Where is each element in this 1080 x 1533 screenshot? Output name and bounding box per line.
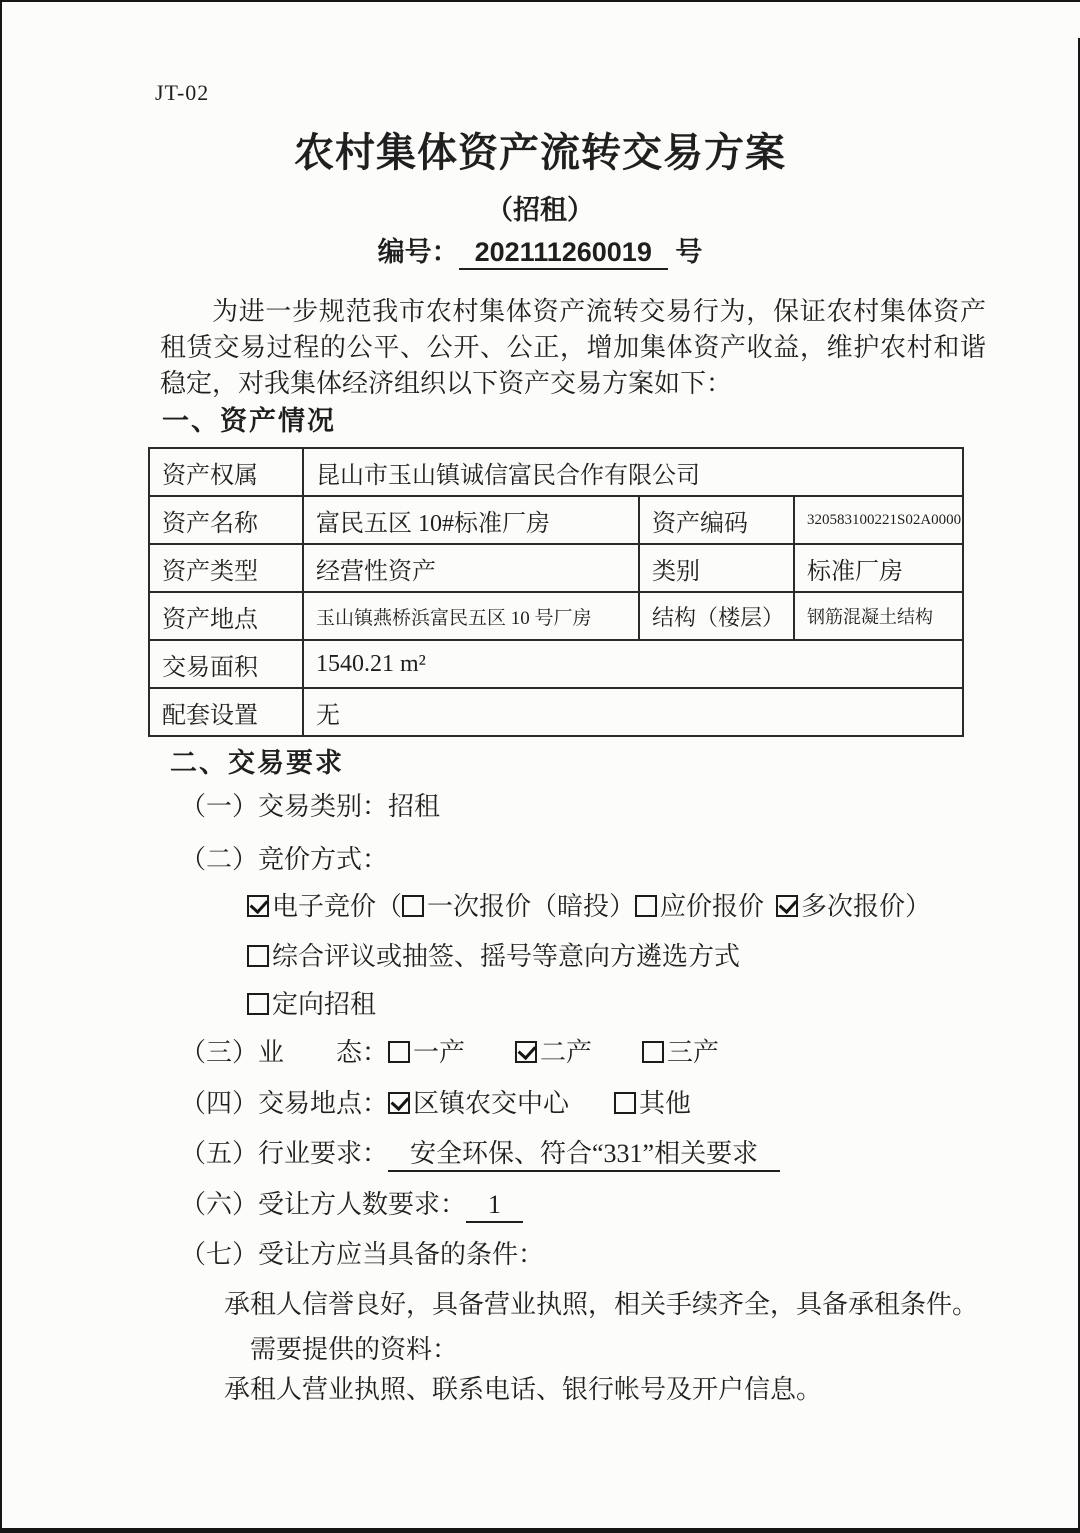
section-heading-requirements: 二、交易要求 bbox=[170, 741, 344, 780]
option-township-center: 区镇农交中心 bbox=[388, 1089, 569, 1118]
industry-requirement-label: （五）行业要求： bbox=[180, 1139, 388, 1168]
checkbox-one-time-bid[interactable] bbox=[402, 895, 424, 917]
asset-location-value: 玉山镇燕桥浜富民五区 10 号厂房 bbox=[303, 592, 639, 640]
form-code: JT-02 bbox=[155, 80, 209, 106]
asset-type-row: 资产类型 经营性资产 类别 标准厂房 bbox=[149, 544, 963, 592]
checkbox-multiple-bid[interactable] bbox=[776, 895, 798, 917]
asset-type-label: 资产类型 bbox=[149, 544, 303, 592]
transaction-category-value: 招租 bbox=[388, 792, 440, 821]
asset-ownership-row: 资产权属 昆山市玉山镇诚信富民合作有限公司 bbox=[149, 448, 963, 496]
checkbox-tertiary-industry[interactable] bbox=[642, 1041, 664, 1063]
label-comprehensive-selection: 综合评议或抽签、摇号等意向方遴选方式 bbox=[272, 942, 740, 971]
label-directed-leasing: 定向招租 bbox=[272, 990, 376, 1019]
asset-area-row: 交易面积 1540.21 m² bbox=[149, 640, 963, 688]
asset-type-value: 经营性资产 bbox=[303, 544, 639, 592]
asset-area-value: 1540.21 m² bbox=[303, 640, 963, 688]
bidding-method-label: （二）竞价方式： bbox=[180, 845, 388, 874]
asset-structure-value: 钢筋混凝土结构 bbox=[794, 592, 963, 640]
label-electronic-bidding: 电子竞价（ bbox=[272, 892, 402, 921]
comprehensive-option-line: 综合评议或抽签、摇号等意向方遴选方式 bbox=[247, 936, 740, 973]
business-type-item: （三）业 态：一产二产三产 bbox=[180, 1032, 719, 1069]
industry-requirement-item: （五）行业要求：安全环保、符合“331”相关要求 bbox=[180, 1133, 780, 1170]
asset-ownership-value: 昆山市玉山镇诚信富民合作有限公司 bbox=[303, 448, 963, 496]
asset-category-value: 标准厂房 bbox=[794, 544, 963, 592]
label-secondary-industry: 二产 bbox=[540, 1038, 592, 1067]
asset-facilities-label: 配套设置 bbox=[149, 688, 303, 736]
checkbox-directed-leasing[interactable] bbox=[247, 993, 269, 1015]
option-one-time-bid: 一次报价（暗投） bbox=[402, 892, 635, 921]
label-one-time-bid: 一次报价（暗投） bbox=[427, 892, 635, 921]
option-secondary-industry: 二产 bbox=[515, 1038, 592, 1067]
bidding-options-line: 电子竞价（一次报价（暗投）应价报价多次报价） bbox=[247, 886, 931, 923]
document-subtitle: （招租） bbox=[0, 188, 1080, 227]
asset-table: 资产权属 昆山市玉山镇诚信富民合作有限公司 资产名称 富民五区 10#标准厂房 … bbox=[148, 447, 964, 737]
label-primary-industry: 一产 bbox=[413, 1038, 465, 1067]
label-tertiary-industry: 三产 bbox=[667, 1038, 719, 1067]
scan-edge-top bbox=[0, 0, 1080, 2]
asset-facilities-row: 配套设置 无 bbox=[149, 688, 963, 736]
option-tertiary-industry: 三产 bbox=[642, 1038, 719, 1067]
option-primary-industry: 一产 bbox=[388, 1038, 465, 1067]
label-other-venue: 其他 bbox=[639, 1089, 691, 1118]
checkbox-other-venue[interactable] bbox=[614, 1092, 636, 1114]
asset-name-value: 富民五区 10#标准厂房 bbox=[303, 496, 639, 544]
industry-requirement-value: 安全环保、符合“331”相关要求 bbox=[388, 1139, 780, 1172]
asset-name-label: 资产名称 bbox=[149, 496, 303, 544]
transferee-conditions-item: （七）受让方应当具备的条件： bbox=[180, 1234, 544, 1271]
transferee-count-value: 1 bbox=[466, 1190, 523, 1223]
asset-ownership-label: 资产权属 bbox=[149, 448, 303, 496]
asset-code-value: 320583100221S02A00001 bbox=[794, 496, 963, 544]
transferee-conditions-label: （七）受让方应当具备的条件： bbox=[180, 1240, 544, 1269]
label-township-center: 区镇农交中心 bbox=[413, 1089, 569, 1118]
intro-paragraph: 为进一步规范我市农村集体资产流转交易行为，保证农村集体资产租赁交易过程的公平、公… bbox=[160, 294, 986, 402]
number-label: 编号： bbox=[378, 237, 459, 267]
transferee-count-label: （六）受让方人数要求： bbox=[180, 1190, 466, 1219]
asset-location-row: 资产地点 玉山镇燕桥浜富民五区 10 号厂房 结构（楼层） 钢筋混凝土结构 bbox=[149, 592, 963, 640]
checkbox-comprehensive-selection[interactable] bbox=[247, 945, 269, 967]
option-other-venue: 其他 bbox=[614, 1089, 691, 1118]
trade-venue-item: （四）交易地点：区镇农交中心其他 bbox=[180, 1083, 691, 1120]
number-suffix: 号 bbox=[675, 237, 702, 267]
trade-venue-label: （四）交易地点： bbox=[180, 1089, 388, 1118]
conditions-text: 承租人信誉良好，具备营业执照，相关手续齐全，具备承租条件。 bbox=[224, 1284, 978, 1321]
asset-name-row: 资产名称 富民五区 10#标准厂房 资产编码 320583100221S02A0… bbox=[149, 496, 963, 544]
option-electronic-bidding: 电子竞价（ bbox=[247, 892, 402, 921]
asset-structure-label: 结构（楼层） bbox=[639, 592, 794, 640]
scan-edge-bottom bbox=[0, 1528, 1080, 1533]
checkbox-township-center[interactable] bbox=[388, 1092, 410, 1114]
label-response-bid: 应价报价 bbox=[660, 892, 764, 921]
transaction-category-label: （一）交易类别： bbox=[180, 792, 388, 821]
option-multiple-bid: 多次报价） bbox=[776, 892, 931, 921]
label-multiple-bid: 多次报价） bbox=[801, 892, 931, 921]
asset-category-label: 类别 bbox=[639, 544, 794, 592]
document-page: JT-02 农村集体资产流转交易方案 （招租） 编号：202111260019 … bbox=[0, 0, 1080, 1533]
checkbox-response-bid[interactable] bbox=[635, 895, 657, 917]
checkbox-primary-industry[interactable] bbox=[388, 1041, 410, 1063]
asset-location-label: 资产地点 bbox=[149, 592, 303, 640]
bidding-method-item: （二）竞价方式： bbox=[180, 839, 388, 876]
section-heading-asset: 一、资产情况 bbox=[162, 399, 336, 438]
document-number-line: 编号：202111260019 号 bbox=[0, 230, 1080, 269]
checkbox-secondary-industry[interactable] bbox=[515, 1041, 537, 1063]
transaction-category-item: （一）交易类别：招租 bbox=[180, 786, 440, 823]
materials-label: 需要提供的资料： bbox=[250, 1329, 458, 1366]
option-response-bid: 应价报价 bbox=[635, 892, 764, 921]
asset-code-label: 资产编码 bbox=[639, 496, 794, 544]
materials-text: 承租人营业执照、联系电话、银行帐号及开户信息。 bbox=[224, 1369, 822, 1406]
document-title: 农村集体资产流转交易方案 bbox=[0, 121, 1080, 178]
asset-facilities-value: 无 bbox=[303, 688, 963, 736]
directed-option-line: 定向招租 bbox=[247, 984, 376, 1021]
transferee-count-item: （六）受让方人数要求：1 bbox=[180, 1184, 523, 1221]
number-value: 202111260019 bbox=[459, 237, 668, 270]
asset-area-label: 交易面积 bbox=[149, 640, 303, 688]
business-type-label: （三）业 态： bbox=[180, 1038, 388, 1067]
checkbox-electronic-bidding[interactable] bbox=[247, 895, 269, 917]
